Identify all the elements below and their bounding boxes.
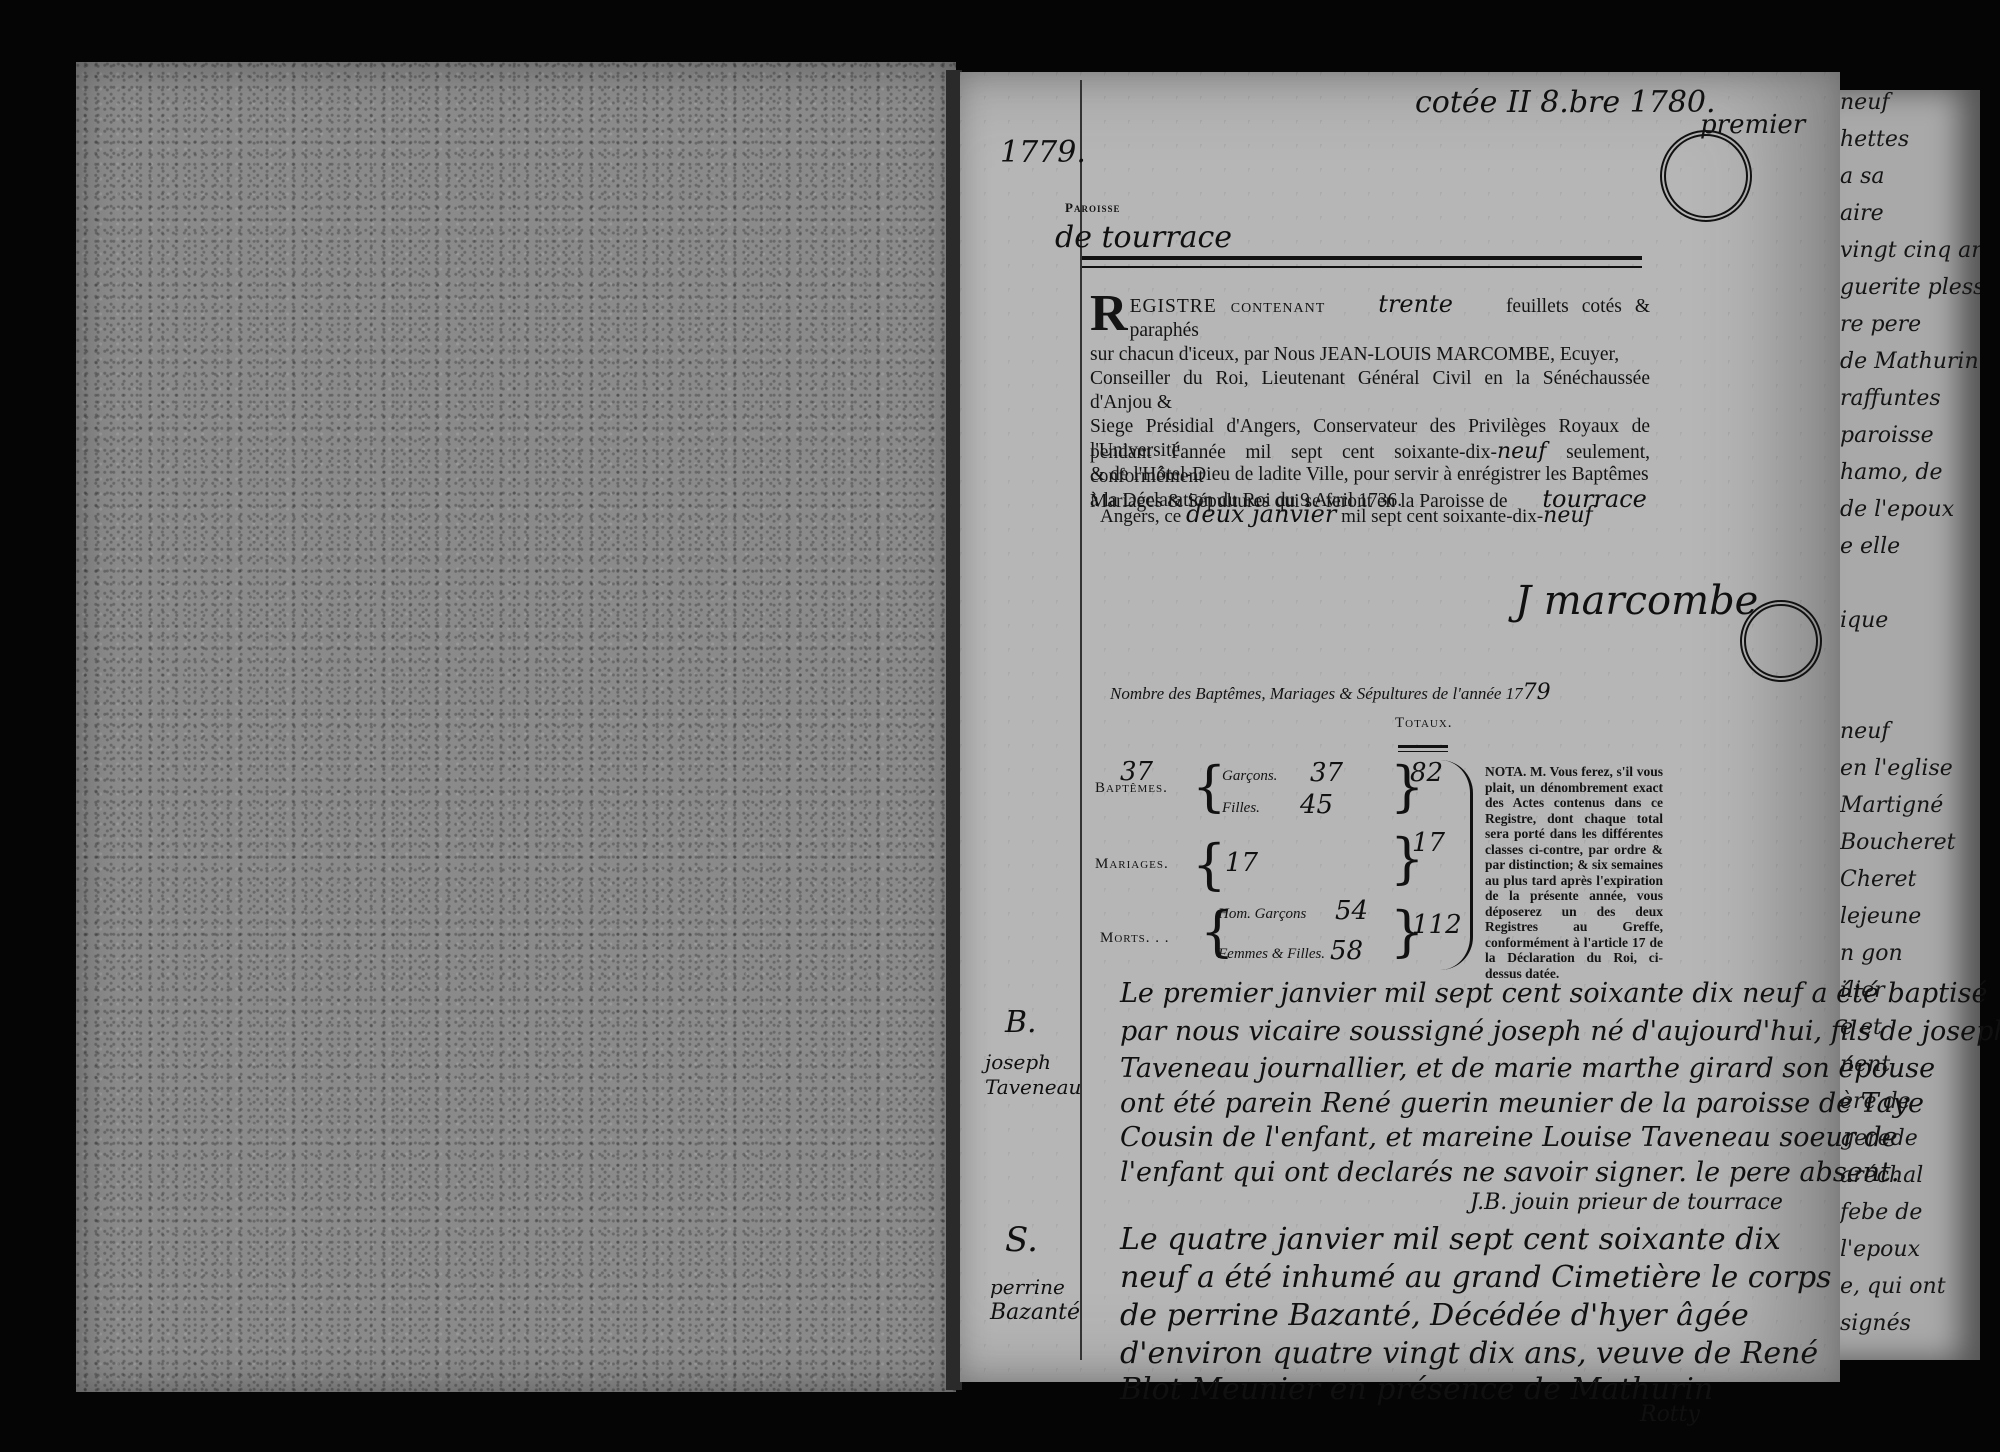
underlying-page-line: guerite plessis xyxy=(1830,275,1980,312)
date-prefix: Angers, ce xyxy=(1100,506,1181,527)
filles-value: 45 xyxy=(1300,790,1333,820)
underlying-page-line: Cheret xyxy=(1830,867,1980,904)
entry-line: Cousin de l'enfant, et mareine Louise Ta… xyxy=(1120,1122,1898,1153)
entry-signature: J.B. jouin prieur de tourrace xyxy=(1470,1190,1783,1215)
registre-line7a: pendant l'année mil sept cent soixante-d… xyxy=(1090,442,1497,463)
underlying-page-line xyxy=(1830,645,1980,682)
underlying-page-line: n gon xyxy=(1830,941,1980,978)
underlying-page-line: Boucheret xyxy=(1830,830,1980,867)
underlying-page-line: re pere xyxy=(1830,312,1980,349)
underlying-page-line: hettes xyxy=(1830,127,1980,164)
mariages-brace: { xyxy=(1192,838,1226,892)
totals-rule xyxy=(1398,745,1448,752)
underlying-page-line xyxy=(1830,682,1980,719)
filles-label: Filles. xyxy=(1222,800,1260,817)
underlying-page-line: raffuntes xyxy=(1830,386,1980,423)
folio-year: 1779. xyxy=(1000,135,1086,170)
summary-title: Nombre des Baptêmes, Mariages & Sépultur… xyxy=(1110,680,1551,705)
paroisse-name: de tourrace xyxy=(1055,220,1232,255)
header-double-rule xyxy=(1082,256,1642,268)
baptemes-total: 82 xyxy=(1410,758,1443,788)
baptemes-label: Baptêmes. xyxy=(1095,780,1168,797)
entry-line: Blot Meunier en présence de Mathurin xyxy=(1120,1372,1713,1407)
underlying-page-line: hamo, de xyxy=(1830,460,1980,497)
margin-note-burial-name: perrine xyxy=(990,1275,1065,1299)
nota-instructions: NOTA. M. Vous ferez, s'il vous plait, un… xyxy=(1485,764,1663,981)
top-annotation: cotée II 8.bre 1780. xyxy=(1415,85,1716,120)
underlying-page-line: febe de xyxy=(1830,1200,1980,1237)
summary-title-text: Nombre des Baptêmes, Mariages & Sépultur… xyxy=(1110,684,1523,703)
underlying-page-line: de Mathurin xyxy=(1830,349,1980,386)
entry-line: Le quatre janvier mil sept cent soixante… xyxy=(1120,1222,1781,1257)
date-suffix: mil sept cent soixante-dix- xyxy=(1341,506,1543,527)
margin-note-burial-surname: Bazanté xyxy=(990,1300,1080,1325)
garcons-value: 37 xyxy=(1310,758,1343,788)
dropcap-letter: R xyxy=(1090,292,1128,336)
entry-line: d'environ quatre vingt dix ans, veuve de… xyxy=(1120,1336,1818,1371)
garcons-label: Garçons. xyxy=(1222,768,1277,785)
paraph-flourish-icon xyxy=(1660,130,1752,222)
underlying-page-line: lejeune xyxy=(1830,904,1980,941)
underlying-page-line: de l'epoux xyxy=(1830,497,1980,534)
registre-line1a: EGISTRE contenant xyxy=(1130,296,1326,317)
registre-line2: sur chacun d'iceux, par Nous JEAN-LOUIS … xyxy=(1090,344,1619,365)
marcombe-signature: J marcombe xyxy=(1515,578,1758,624)
margin-rule xyxy=(1080,80,1082,1360)
entry-line: neuf a été inhumé au grand Cimetière le … xyxy=(1120,1260,1832,1295)
entry-signature: Rotty xyxy=(1640,1402,1700,1427)
entry-line: Taveneau journallier, et de marie marthe… xyxy=(1120,1053,1935,1084)
left-blank-page xyxy=(76,62,956,1392)
entry-line: de perrine Bazanté, Décédée d'hyer âgée xyxy=(1120,1298,1749,1333)
margin-note-baptism-mark: B. xyxy=(1005,1005,1037,1040)
paroisse-label: Paroisse xyxy=(1065,200,1120,216)
totals-header: Totaux. xyxy=(1395,715,1453,732)
underlying-page-line: neuf xyxy=(1830,90,1980,127)
margin-note-baptism-name: joseph xyxy=(985,1050,1051,1074)
margin-note-burial-mark: S. xyxy=(1005,1220,1038,1260)
hommes-value: 54 xyxy=(1335,896,1368,926)
underlying-page-line: e, qui ont xyxy=(1830,1274,1980,1311)
entry-line: par nous vicaire soussigné joseph né d'a… xyxy=(1120,1016,2000,1047)
underlying-page-line: aire xyxy=(1830,201,1980,238)
hommes-label: Hom. Garçons xyxy=(1218,906,1306,923)
underlying-page-line: vingt cinq ans xyxy=(1830,238,1980,275)
year-handwritten: neuf xyxy=(1497,439,1547,464)
registre-line3: Conseiller du Roi, Lieutenant Général Ci… xyxy=(1090,368,1650,413)
underlying-page-line: a sa xyxy=(1830,164,1980,201)
morts-label: Morts. . . xyxy=(1100,930,1170,947)
underlying-page-line xyxy=(1830,571,1980,608)
date-handwritten: deux janvier xyxy=(1186,500,1336,528)
entry-line: Le premier janvier mil sept cent soixant… xyxy=(1120,978,1988,1009)
underlying-page-line: en l'eglise xyxy=(1830,756,1980,793)
underlying-page-line: ique xyxy=(1830,608,1980,645)
femmes-value: 58 xyxy=(1330,936,1363,966)
signature-flourish-icon xyxy=(1740,600,1822,682)
margin-note-baptism-surname: Taveneau xyxy=(985,1075,1081,1099)
date-handwritten-year: neuf xyxy=(1543,503,1593,528)
underlying-page-line: l'epoux xyxy=(1830,1237,1980,1274)
mariages-value: 17 xyxy=(1225,848,1258,878)
leaf-count-handwritten: trente xyxy=(1378,290,1453,318)
femmes-label: Femmes & Filles. xyxy=(1218,946,1325,963)
underlying-page-line: signés xyxy=(1830,1311,1980,1348)
grand-total-bracket xyxy=(1440,760,1473,970)
registre-date: Angers, ce deux janvier mil sept cent so… xyxy=(1100,500,1593,528)
mariages-label: Mariages. xyxy=(1095,856,1169,873)
entry-line: l'enfant qui ont declarés ne savoir sign… xyxy=(1120,1157,1900,1188)
underlying-page-line: paroisse xyxy=(1830,423,1980,460)
underlying-page-line: Martigné xyxy=(1830,793,1980,830)
underlying-page-line: e elle xyxy=(1830,534,1980,571)
entry-line: ont été parein René guerin meunier de la… xyxy=(1120,1088,1924,1119)
underlying-page-line: neuf xyxy=(1830,719,1980,756)
summary-year-handwritten: 79 xyxy=(1523,680,1551,705)
